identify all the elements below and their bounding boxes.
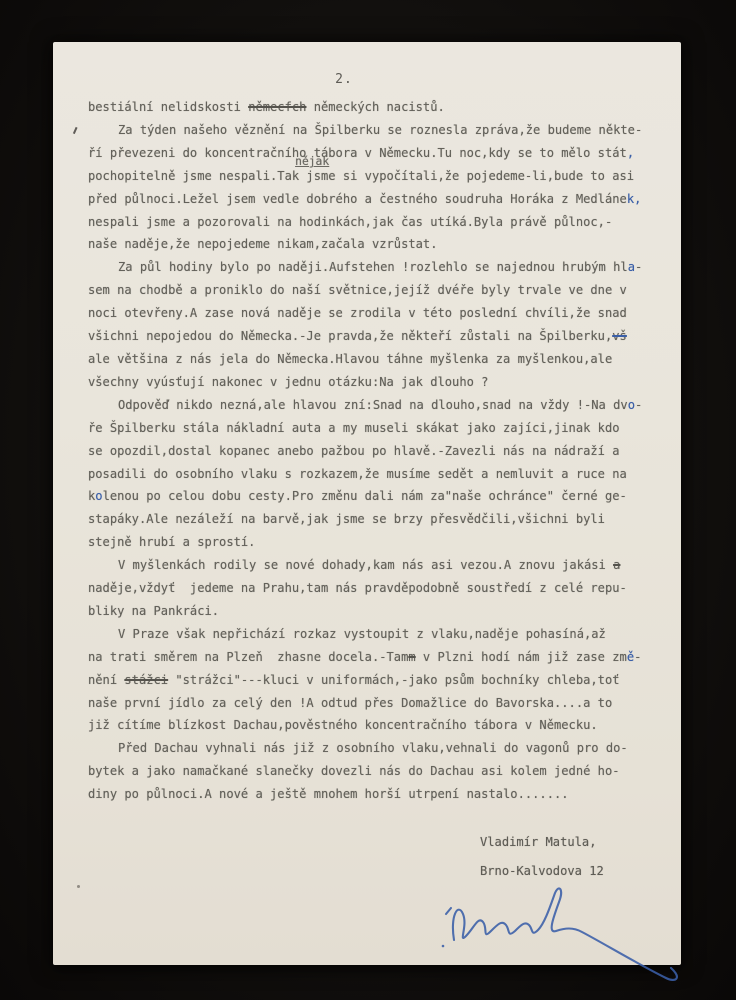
text-segment: bestiální nelidskosti bbox=[88, 100, 248, 114]
text-segment: ře Špilberku stála nákladní auta a my mu… bbox=[88, 421, 620, 435]
paragraph: bestiální nelidskosti němecfch německých… bbox=[88, 96, 673, 119]
text-line: naděje,vždyť jedeme na Prahu,tam nás pra… bbox=[88, 577, 673, 600]
text-segment: Za půl hodiny bylo po naději.Aufstehen !… bbox=[118, 260, 628, 274]
text-segment: stejně hrubí a sprostí. bbox=[88, 535, 255, 549]
blue-ink-correction: o bbox=[95, 489, 102, 503]
text-segment: ří převezeni do koncentračního tábora v … bbox=[88, 146, 627, 160]
text-segment: všechny vyúsťují nakonec v jednu otázku:… bbox=[88, 375, 488, 389]
text-line: naše naděje,že nepojedeme nikam,začala v… bbox=[88, 233, 673, 256]
text-line: se opozdil,dostal kopanec anebo pažbou p… bbox=[88, 440, 673, 463]
text-line: Před Dachau vyhnali nás již z osobního v… bbox=[88, 737, 673, 760]
text-segment: sem na chodbě a proniklo do naší světnic… bbox=[88, 283, 627, 297]
text-line: posadili do osobního vlaku s rozkazem,že… bbox=[88, 463, 673, 486]
text-line: kolenou po celou dobu cesty.Pro změnu da… bbox=[88, 485, 673, 508]
text-line: stapáky.Ale nezáleží na barvě,jak jsme s… bbox=[88, 508, 673, 531]
text-line: stejně hrubí a sprostí. bbox=[88, 531, 673, 554]
struck-text: vš bbox=[612, 329, 627, 343]
text-segment: V myšlenkách rodily se nové dohady,kam n… bbox=[118, 558, 613, 572]
text-line: ale většina z nás jela do Německa.Hlavou… bbox=[88, 348, 673, 371]
text-line: noci otevřeny.A zase nová naděje se zrod… bbox=[88, 302, 673, 325]
text-segment: bliky na Pankráci. bbox=[88, 604, 219, 618]
struck-text: m bbox=[408, 650, 415, 664]
paragraph: V Praze však nepřichází rozkaz vystoupit… bbox=[88, 623, 673, 738]
struck-text: stážci bbox=[124, 673, 168, 687]
text-segment: - bbox=[635, 398, 642, 412]
text-segment: ale většina z nás jela do Německa.Hlavou… bbox=[88, 352, 612, 366]
struck-text: a bbox=[613, 558, 620, 572]
text-segment: pochopitelně jsme nespali.Tak bbox=[88, 169, 299, 183]
margin-tick-mark bbox=[73, 127, 82, 136]
blue-ink-correction: , bbox=[627, 146, 634, 160]
text-segment: naše naděje,že nepojedeme nikam,začala v… bbox=[88, 237, 438, 251]
blue-ink-correction: o bbox=[628, 398, 635, 412]
text-segment: bytek a jako namačkané slanečky dovezli … bbox=[88, 764, 620, 778]
text-segment: naděje,vždyť jedeme na Prahu,tam nás pra… bbox=[88, 581, 627, 595]
text-line: pochopitelně jsme nespali.Taknějak jsme … bbox=[88, 165, 673, 188]
text-line: sem na chodbě a proniklo do naší světnic… bbox=[88, 279, 673, 302]
text-segment: všichni nepojedou do Německa.-Je pravda,… bbox=[88, 329, 612, 343]
text-line: Odpověď nikdo nezná,ale hlavou zní:Snad … bbox=[88, 394, 673, 417]
text-segment: lenou po celou dobu cesty.Pro změnu dali… bbox=[103, 489, 627, 503]
text-segment: nění bbox=[88, 673, 124, 687]
text-line: bytek a jako namačkané slanečky dovezli … bbox=[88, 760, 673, 783]
text-line: ří převezeni do koncentračního tábora v … bbox=[88, 142, 673, 165]
text-line: bestiální nelidskosti němecfch německých… bbox=[88, 96, 673, 119]
text-line: nění stážci "strážci"---kluci v uniformá… bbox=[88, 669, 673, 692]
text-segment: na trati směrem na Plzeň zhasne docela.-… bbox=[88, 650, 408, 664]
text-line: nespali jsme a pozorovali na hodinkách,j… bbox=[88, 211, 673, 234]
text-segment: Za týden našeho věznění na Špilberku se … bbox=[118, 123, 642, 137]
text-segment: - bbox=[635, 260, 642, 274]
text-line: Za týden našeho věznění na Špilberku se … bbox=[88, 119, 673, 142]
page-number: 2. bbox=[53, 72, 681, 87]
text-segment: se opozdil,dostal kopanec anebo pažbou p… bbox=[88, 444, 620, 458]
text-segment: stapáky.Ale nezáleží na barvě,jak jsme s… bbox=[88, 512, 605, 526]
text-segment: - bbox=[634, 650, 641, 664]
text-line: V myšlenkách rodily se nové dohady,kam n… bbox=[88, 554, 673, 577]
text-line: Za půl hodiny bylo po naději.Aufstehen !… bbox=[88, 256, 673, 279]
handwritten-signature bbox=[438, 880, 708, 1000]
paragraph: Za půl hodiny bylo po naději.Aufstehen !… bbox=[88, 256, 673, 393]
text-segment: nespali jsme a pozorovali na hodinkách,j… bbox=[88, 215, 612, 229]
paragraph: Před Dachau vyhnali nás již z osobního v… bbox=[88, 737, 673, 806]
text-line: naše první jídlo za celý den !A odtud př… bbox=[88, 692, 673, 715]
text-segment: noci otevřeny.A zase nová naděje se zrod… bbox=[88, 306, 627, 320]
text-line: již cítíme blízkost Dachau,pověstného ko… bbox=[88, 714, 673, 737]
text-segment: již cítíme blízkost Dachau,pověstného ko… bbox=[88, 718, 598, 732]
paragraph: Za týden našeho věznění na Špilberku se … bbox=[88, 119, 673, 256]
document-page: 2. bestiální nelidskosti němecfch německ… bbox=[53, 42, 681, 965]
text-segment: německých nacistů. bbox=[306, 100, 444, 114]
blue-ink-correction: a bbox=[628, 260, 635, 274]
text-line: před půlnoci.Ležel jsem vedle dobrého a … bbox=[88, 188, 673, 211]
text-segment: posadili do osobního vlaku s rozkazem,že… bbox=[88, 467, 627, 481]
text-line: V Praze však nepřichází rozkaz vystoupit… bbox=[88, 623, 673, 646]
paragraph: Odpověď nikdo nezná,ale hlavou zní:Snad … bbox=[88, 394, 673, 554]
text-line: všichni nepojedou do Německa.-Je pravda,… bbox=[88, 325, 673, 348]
text-segment: jsme si vypočítali,že pojedeme-li,bude t… bbox=[299, 169, 634, 183]
blue-ink-correction: k, bbox=[627, 192, 642, 206]
text-segment: Odpověď nikdo nezná,ale hlavou zní:Snad … bbox=[118, 398, 628, 412]
text-line: na trati směrem na Plzeň zhasne docela.-… bbox=[88, 646, 673, 669]
typed-body: bestiální nelidskosti němecfch německých… bbox=[88, 96, 673, 806]
text-segment: Před Dachau vyhnali nás již z osobního v… bbox=[118, 741, 628, 755]
text-segment: V Praze však nepřichází rozkaz vystoupit… bbox=[118, 627, 606, 641]
paragraph: V myšlenkách rodily se nové dohady,kam n… bbox=[88, 554, 673, 623]
blue-ink-correction: ě bbox=[627, 650, 634, 664]
signature-block: Vladimír Matula, Brno-Kalvodova 12 bbox=[480, 828, 604, 886]
text-segment: před půlnoci.Ležel jsem vedle dobrého a … bbox=[88, 192, 627, 206]
text-line: ře Špilberku stála nákladní auta a my mu… bbox=[88, 417, 673, 440]
signature-name: Vladimír Matula, bbox=[480, 828, 604, 857]
struck-text: němecfch bbox=[248, 100, 306, 114]
text-segment: "strážci"---kluci v uniformách,-jako psů… bbox=[168, 673, 619, 687]
inserted-correction-text: nějak bbox=[295, 151, 329, 174]
text-line: bliky na Pankráci. bbox=[88, 600, 673, 623]
photograph-background: { "document": { "page_number": "2.", "pa… bbox=[0, 0, 736, 1000]
text-line: diny po půlnoci.A nové a ještě mnohem ho… bbox=[88, 783, 673, 806]
text-segment: naše první jídlo za celý den !A odtud př… bbox=[88, 696, 612, 710]
paper-speck bbox=[77, 885, 80, 888]
text-segment: v Plzni hodí nám již zase zm bbox=[416, 650, 627, 664]
text-line: všechny vyúsťují nakonec v jednu otázku:… bbox=[88, 371, 673, 394]
text-segment: diny po půlnoci.A nové a ještě mnohem ho… bbox=[88, 787, 569, 801]
